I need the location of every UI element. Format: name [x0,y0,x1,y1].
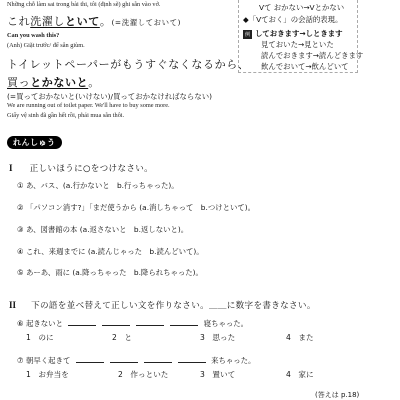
note-example-text: しておきます→しときます [255,29,343,38]
answer-blank[interactable] [170,325,198,326]
example-1-kanji: 洗濯し [30,15,65,28]
question-number: ③ [17,225,24,234]
option: 4 また [286,332,314,343]
section-2-numeral: II [9,300,16,310]
section-1-numeral: I [9,163,13,173]
example-1-equivalent: (=洗濯しておいて) [111,18,181,27]
question-4: ④ これ、来週までに (a.読んじゃった b.読んどいて)。 [17,246,204,257]
example-2-vietnamese: Giấy vệ sinh đã gần hết rồi, phải mua sẵ… [7,112,124,119]
sentence-end: 来ちゃった。 [211,356,255,365]
example-2-equivalent: (=買っておかないと(いけない)/買っておかなければならない) [7,91,212,102]
option: 1 のに [26,332,54,343]
question-text[interactable]: あ、図書館の本 (a.返さないと b.返しないと)。 [26,225,188,234]
question-3: ③ あ、図書館の本 (a.返さないと b.返しないと)。 [17,224,188,235]
question-2: ② 「パソコン消す?」「まだ使うから (a.消しちゃって b.つけといて)。 [17,202,255,213]
example-1-vietnamese: (Anh) Giặt trước/ để sẵn giùm. [7,42,85,49]
note-example-3: 読んでおきます→読んどきます [261,50,363,61]
answer-reference: (答えは p.18) [315,390,359,400]
example-2-contraction: とかないと [30,76,88,89]
practice-title-badge: れんしゅう [7,136,62,149]
section-2-heading: II 下の語を並べ替えて正しい文を作りなさい。＿＿に数字を書きなさい。 [9,293,316,312]
option: 4 家に [286,369,314,380]
note-heading: ◆「Vておく」の会話的表現。 [243,14,342,25]
option: 1 お弁当を [26,369,69,380]
example-1-prefix: これ [7,15,30,28]
note-example-2: 見ておいた→見といた [261,39,334,50]
vietnamese-intro: Những chỗ làm sai trong bài thi, tôi (đị… [7,1,160,8]
note-example-1: 例しておきます→しときます [243,28,343,39]
question-7: ⑦ 朝早く起きて 来ちゃった。 [17,355,255,366]
example-2-line1: トイレットペーパーがもうすぐなくなるから、 [7,56,249,72]
question-number: ④ [17,247,24,256]
question-number: ② [17,203,24,212]
sentence-end: 寝ちゃった。 [204,319,248,328]
question-5: ⑤ あーあ、雨に (a.降っちゃった b.降られちゃった)。 [17,267,203,278]
answer-blank[interactable] [102,325,130,326]
question-1: ① あ、バス、(a.行かないと b.行っちゃった)。 [17,180,179,191]
example-2-english: We are running out of toilet paper. We'l… [7,102,170,109]
question-number: ① [17,181,24,190]
question-text[interactable]: これ、来週までに (a.読んじゃった b.読んどいて)。 [26,247,204,256]
answer-blank[interactable] [144,362,172,363]
sentence-start: 朝早く起きて [26,356,70,365]
option: 2 と [112,332,132,343]
option: 3 置いて [200,369,235,380]
question-6: ⑥ 起きないと 寝ちゃった。 [17,318,248,329]
section-2-instruction: 下の語を並べ替えて正しい文を作りなさい。＿＿に数字を書きなさい。 [31,301,316,311]
option: 2 作っといた [118,369,168,380]
answer-blank[interactable] [110,362,138,363]
example-2-period: 。 [88,76,100,89]
section-1-heading: I 正しいほうに○をつけなさい。 [9,156,153,175]
sentence-start: 起きないと [26,319,63,328]
example-label-badge: 例 [243,30,252,39]
grammar-note-box: Vて おかない→Vとかない ◆「Vておく」の会話的表現。 例しておきます→しとき… [238,0,358,73]
answer-blank[interactable] [68,325,96,326]
question-text[interactable]: あーあ、雨に (a.降っちゃった b.降られちゃった)。 [26,268,203,277]
example-1-sentence: これ洗濯しといて。(=洗濯しておいて) [7,13,181,29]
example-1-english: Can you wash this? [7,32,59,39]
question-number: ⑥ [17,319,24,328]
section-1-instruction: 正しいほうに○をつけなさい。 [30,164,153,174]
answer-blank[interactable] [76,362,104,363]
example-2-sentence: 買っとかないと。 [7,74,100,90]
question-text[interactable]: あ、バス、(a.行かないと b.行っちゃった)。 [26,181,179,190]
note-example-4: 飲んでおいて→飲んどいて [261,61,349,72]
answer-blank[interactable] [178,362,206,363]
question-text[interactable]: 「パソコン消す?」「まだ使うから (a.消しちゃって b.つけといて)。 [26,203,255,212]
question-number: ⑤ [17,268,24,277]
note-heading-text: 「Vておく」の会話的表現。 [249,15,343,24]
example-1-contraction: といて [65,15,100,28]
example-1-period: 。 [100,15,112,28]
answer-blank[interactable] [136,325,164,326]
option: 3 思った [200,332,235,343]
rule-line: Vて おかない→Vとかない [259,2,344,13]
example-2-kanji: 買っ [7,76,30,89]
question-number: ⑦ [17,356,24,365]
